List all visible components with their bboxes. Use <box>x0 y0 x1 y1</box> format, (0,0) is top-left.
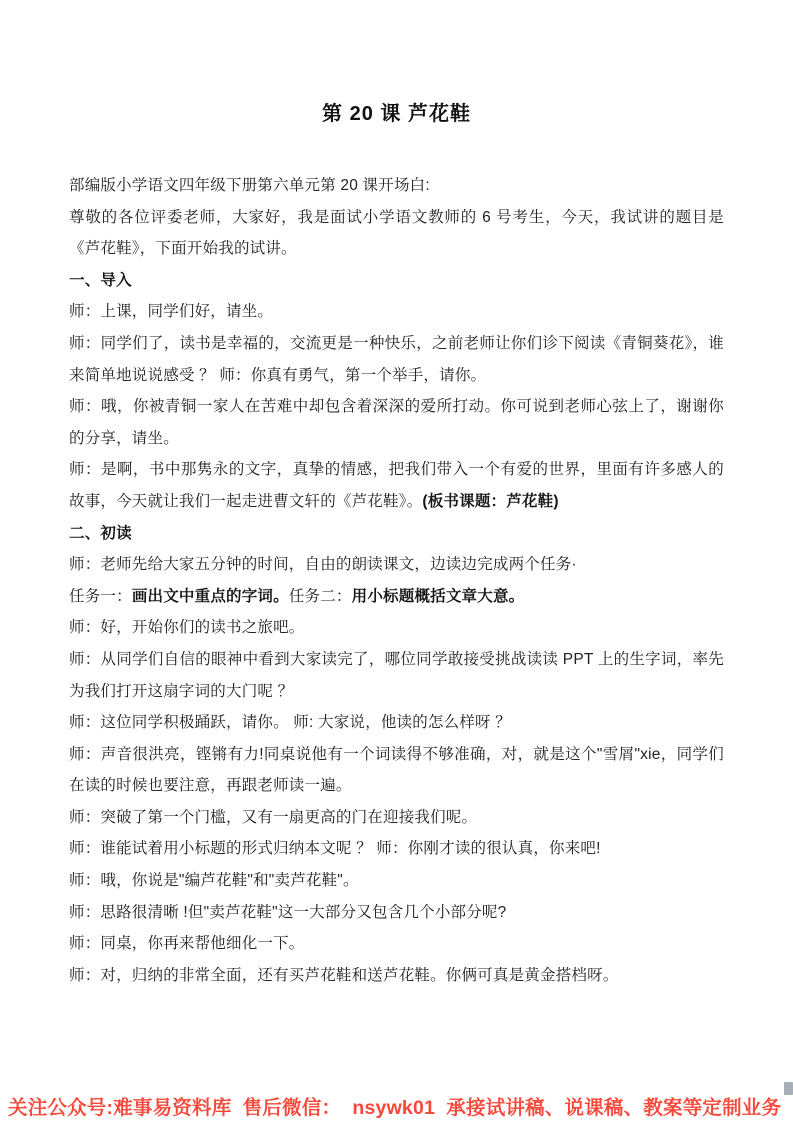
promo-footer: 关注公众号:难事易资料库 售后微信： nsywk01 承接试讲稿、说课稿、教案等… <box>8 1092 793 1120</box>
text-run: 部编版小学语文四年级下册第六单元第 20 课开场白: <box>69 177 430 194</box>
text-run: 师：哦，你被青铜一家人在苦难中却包含着深深的爱所打动。你可说到老师心弦上了，谢谢… <box>69 398 724 447</box>
text-run: 师：同学们了，读书是幸福的，交流更是一种快乐，之前老师让你们诊下阅读《青铜葵花》… <box>69 335 724 384</box>
paragraph: 师：老师先给大家五分钟的时间，自由的朗读课文，边读边完成两个任务· <box>69 549 724 581</box>
document-body: 部编版小学语文四年级下册第六单元第 20 课开场白:尊敬的各位评委老师，大家好，… <box>69 170 724 991</box>
text-run: 师：突破了第一个门槛，又有一扇更高的门在迎接我们呢。 <box>69 809 477 826</box>
paragraph: 师：是啊，书中那隽永的文字，真挚的情感，把我们带入一个有爱的世界，里面有许多感人… <box>69 454 724 517</box>
paragraph: 师：突破了第一个门槛，又有一扇更高的门在迎接我们呢。 <box>69 802 724 834</box>
bold-text-run: 用小标题概括文章大意。 <box>352 588 525 605</box>
paragraph: 师：同学们了，读书是幸福的，交流更是一种快乐，之前老师让你们诊下阅读《青铜葵花》… <box>69 328 724 391</box>
text-run: 师：哦，你说是"编芦花鞋"和"卖芦花鞋"。 <box>69 872 359 889</box>
paragraph: 师：声音很洪亮，铿锵有力!同桌说他有一个词读得不够准确，对，就是这个"雪屑"xi… <box>69 739 724 802</box>
section-heading: 一、导入 <box>69 265 724 297</box>
bold-text-run: (板书课题：芦花鞋) <box>422 493 558 510</box>
text-run: 尊敬的各位评委老师，大家好，我是面试小学语文教师的 6 号考生，今天，我试讲的题… <box>69 209 724 258</box>
text-run: 师：这位同学积极踊跃，请你。 师: 大家说，他读的怎么样呀 ？ <box>69 714 511 731</box>
page-title: 第 20 课 芦花鞋 <box>0 97 793 126</box>
paragraph: 师：从同学们自信的眼神中看到大家读完了，哪位同学敢接受挑战读读 PPT 上的生字… <box>69 644 724 707</box>
text-run: 师：老师先给大家五分钟的时间，自由的朗读课文，边读边完成两个任务· <box>69 556 577 573</box>
paragraph: 任务一：画出文中重点的字词。任务二：用小标题概括文章大意。 <box>69 581 724 613</box>
paragraph: 师：对，归纳的非常全面，还有买芦花鞋和送芦花鞋。你俩可真是黄金搭档呀。 <box>69 960 724 992</box>
paragraph: 师：好，开始你们的读书之旅吧。 <box>69 612 724 644</box>
text-run: 任务二： <box>289 588 352 605</box>
paragraph: 师：这位同学积极踊跃，请你。 师: 大家说，他读的怎么样呀 ？ <box>69 707 724 739</box>
paragraph: 师：哦，你被青铜一家人在苦难中却包含着深深的爱所打动。你可说到老师心弦上了，谢谢… <box>69 391 724 454</box>
text-run: 师：思路很清晰 !但"卖芦花鞋"这一大部分又包含几个小部分呢? <box>69 904 506 921</box>
bold-text-run: 二、初读 <box>69 525 132 542</box>
text-run: 师：好，开始你们的读书之旅吧。 <box>69 619 305 636</box>
section-heading: 二、初读 <box>69 518 724 550</box>
text-run: 师：从同学们自信的眼神中看到大家读完了，哪位同学敢接受挑战读读 PPT 上的生字… <box>69 651 724 700</box>
text-run: 任务一： <box>69 588 132 605</box>
paragraph: 尊敬的各位评委老师，大家好，我是面试小学语文教师的 6 号考生，今天，我试讲的题… <box>69 202 724 265</box>
paragraph: 师：同桌，你再来帮他细化一下。 <box>69 928 724 960</box>
paragraph: 师：谁能试着用小标题的形式归纳本文呢 ？ 师：你刚才读的很认真，你来吧! <box>69 833 724 865</box>
text-run: 师：上课，同学们好，请坐。 <box>69 303 273 320</box>
document-page: 第 20 课 芦花鞋 部编版小学语文四年级下册第六单元第 20 课开场白:尊敬的… <box>0 0 793 1122</box>
paragraph: 师：思路很清晰 !但"卖芦花鞋"这一大部分又包含几个小部分呢? <box>69 897 724 929</box>
text-run: 师：谁能试着用小标题的形式归纳本文呢 ？ 师：你刚才读的很认真，你来吧! <box>69 840 601 857</box>
text-run: 师：同桌，你再来帮他细化一下。 <box>69 935 305 952</box>
bold-text-run: 画出文中重点的字词。 <box>132 588 289 605</box>
paragraph: 师：哦，你说是"编芦花鞋"和"卖芦花鞋"。 <box>69 865 724 897</box>
text-run: 师：对，归纳的非常全面，还有买芦花鞋和送芦花鞋。你俩可真是黄金搭档呀。 <box>69 967 619 984</box>
text-run: 师：声音很洪亮，铿锵有力!同桌说他有一个词读得不够准确，对，就是这个"雪屑"xi… <box>69 746 724 795</box>
text-run: 师：是啊，书中那隽永的文字，真挚的情感，把我们带入一个有爱的世界，里面有许多感人… <box>69 461 724 510</box>
bold-text-run: 一、导入 <box>69 272 132 289</box>
paragraph: 部编版小学语文四年级下册第六单元第 20 课开场白: <box>69 170 724 202</box>
paragraph: 师：上课，同学们好，请坐。 <box>69 296 724 328</box>
